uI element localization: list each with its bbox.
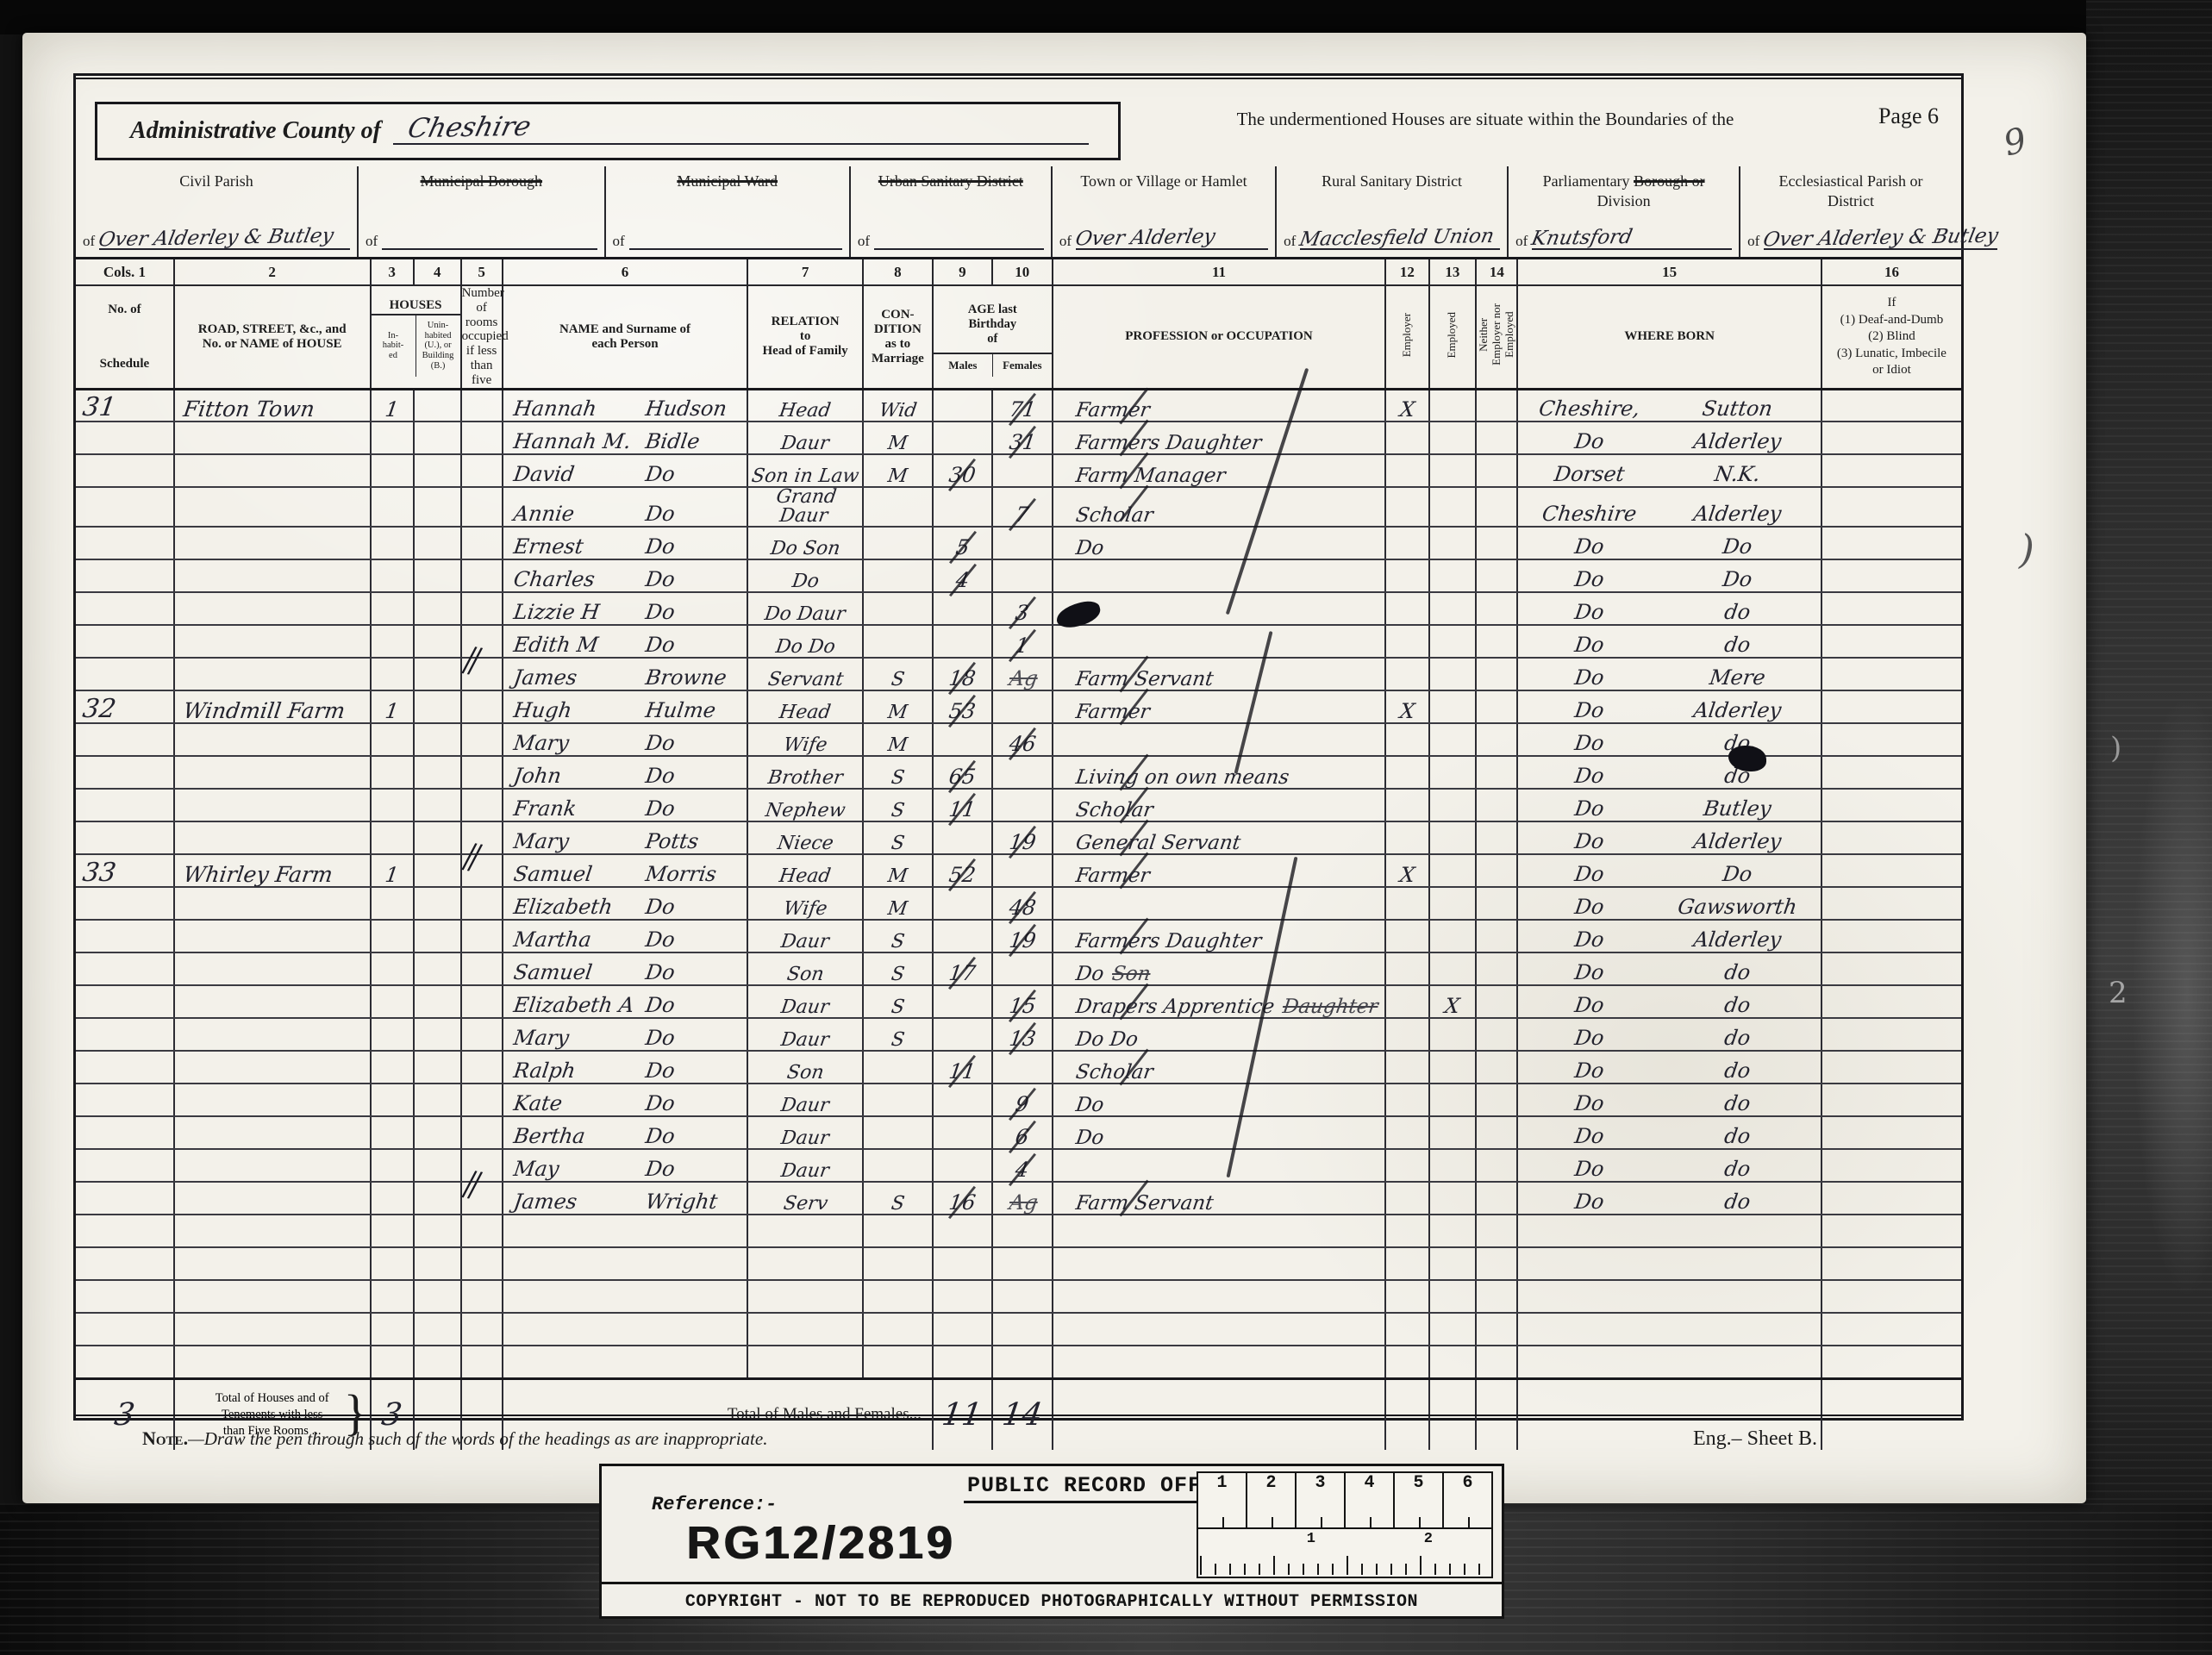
cell-uninhabited [414,625,461,658]
cell-schedule: 31 [76,389,174,422]
cell-schedule [76,756,174,789]
cell-rooms [461,1018,503,1051]
table-row: Edith MDoDo Do1Dodo [76,625,1961,658]
cell-infirmity [1821,985,1961,1018]
cell-rooms [461,887,503,920]
cell-employed [1429,854,1477,887]
table-row: MayDoDaur4Dodo [76,1149,1961,1182]
cell-condition [863,1084,933,1116]
cell-where-born: DoAlderley [1517,690,1821,723]
cell-schedule: 32 [76,690,174,723]
cell-age-male [933,389,992,422]
cell-employed [1429,487,1477,527]
cell-age-male [933,821,992,854]
cell-name: MayDo [503,1149,748,1182]
cell-relation: Niece [747,821,863,854]
cell-infirmity [1821,625,1961,658]
district-value: Macclesfield Union [1300,222,1500,250]
cell-infirmity [1821,1313,1961,1346]
cell-relation: Do Daur [747,592,863,625]
cell-rooms [461,389,503,422]
cell-name: JamesBrowne [503,658,748,690]
cell-where-born: Dodo [1517,625,1821,658]
cell-neither [1476,1215,1517,1247]
cell-schedule [76,723,174,756]
cell-infirmity [1821,1018,1961,1051]
table-row: MaryDoDaurS13Do DoDodo [76,1018,1961,1051]
cell-condition [863,1247,933,1280]
cell-employed [1429,821,1477,854]
cell-rooms [461,1247,503,1280]
column-number: 13 [1429,259,1477,285]
cell-age-female: 9 [992,1084,1053,1116]
cell-neither [1476,952,1517,985]
cell-inhabited [371,487,414,527]
cell-age-male [933,625,992,658]
cell-employer [1385,1149,1428,1182]
district-label: Municipal Ward [611,172,844,191]
cell-where-born [1517,1313,1821,1346]
table-row: ElizabethDoWifeM48DoGawsworth [76,887,1961,920]
cell-inhabited: 1 [371,854,414,887]
cell-infirmity [1821,658,1961,690]
cell-inhabited [371,821,414,854]
district-fill-in: ofOver Alderley & Butley [81,222,352,253]
cell-employer [1385,1280,1428,1313]
cell-neither [1476,422,1517,454]
cell-uninhabited [414,690,461,723]
cell-age-female: 71 [992,389,1053,422]
cell-where-born: Dodo [1517,723,1821,756]
cell-relation: Son in Law [747,454,863,487]
cell-condition: M [863,887,933,920]
admin-county-label: Administrative County of [130,117,381,145]
cell-inhabited [371,723,414,756]
cell-uninhabited [414,1247,461,1280]
cell-neither [1476,789,1517,821]
cell-employed [1429,1084,1477,1116]
cell-schedule [76,625,174,658]
cell-address [174,1116,371,1149]
cell-employed [1429,1280,1477,1313]
district-field-parliamentary-division: Parliamentary Borough or DivisionofKnuts… [1509,166,1740,257]
cell-rooms: ⫽ [461,854,503,887]
cell-employer: X [1385,690,1428,723]
cell-rooms [461,1116,503,1149]
cell-address [174,1280,371,1313]
col-header-females: Females [993,354,1052,377]
cell-where-born: Dodo [1517,1051,1821,1084]
ruler-inch-mark: 5 [1395,1473,1444,1527]
admin-county-box: Administrative County of Cheshire [95,102,1121,160]
cell-uninhabited [414,487,461,527]
cell-infirmity [1821,422,1961,454]
cell-neither [1476,1313,1517,1346]
col-header-age: AGE last Birthday of Males Females [933,285,1053,389]
table-row: 32Windmill Farm1HughHulmeHeadM53FarmerXD… [76,690,1961,723]
cell-age-female [992,1247,1053,1280]
sheet-label: Eng.– Sheet B. [1693,1427,1817,1451]
cell-address [174,920,371,952]
cell-infirmity [1821,690,1961,723]
cell-condition [863,1346,933,1378]
column-number: 8 [863,259,933,285]
district-header-band: Civil ParishofOver Alderley & ButleyMuni… [76,166,1961,259]
cell-employed [1429,887,1477,920]
cell-name: MarthaDo [503,920,748,952]
cell-name: CharlesDo [503,559,748,592]
cell-schedule [76,527,174,559]
cell-condition: S [863,789,933,821]
cell-neither [1476,690,1517,723]
cell-rooms: ⫽ [461,1182,503,1215]
cell-uninhabited [414,1116,461,1149]
cell-address [174,1018,371,1051]
cell-condition [863,1215,933,1247]
cell-name [503,1215,748,1247]
cell-employer: X [1385,854,1428,887]
cell-employed [1429,920,1477,952]
table-row: CharlesDoDo4DoDo [76,559,1961,592]
cell-relation: Daur [747,1084,863,1116]
admin-county-field: Cheshire [393,112,1089,145]
cell-employer [1385,920,1428,952]
cell-infirmity [1821,559,1961,592]
cell-relation: Serv [747,1182,863,1215]
cell-age-female [992,789,1053,821]
cell-schedule [76,422,174,454]
cell-employed [1429,625,1477,658]
cell-where-born [1517,1247,1821,1280]
cell-condition: Wid [863,389,933,422]
table-row: JohnDoBrotherS65Living on own meansDodo [76,756,1961,789]
cell-schedule [76,1051,174,1084]
form-header-band: Administrative County of Cheshire The un… [76,76,1961,166]
cell-infirmity [1821,1182,1961,1215]
pencil-mark: 9 [2000,121,2031,165]
cell-age-male: 4 [933,559,992,592]
table-row: KateDoDaur9DoDodo [76,1084,1961,1116]
census-form: Administrative County of Cheshire The un… [73,73,1964,1421]
cell-age-male [933,985,992,1018]
district-value: Over Alderley [1076,222,1268,250]
cell-rooms [461,952,503,985]
of-prefix: of [1284,233,1296,250]
column-number: Cols. 1 [76,259,174,285]
cell-age-female [992,756,1053,789]
cell-where-born [1517,1215,1821,1247]
cell-name: HannahHudson [503,389,748,422]
cell-age-male [933,592,992,625]
cell-employed [1429,1215,1477,1247]
cell-where-born: Dodo [1517,756,1821,789]
cell-where-born: DoMere [1517,658,1821,690]
cell-relation [747,1280,863,1313]
table-row: MaryPottsNieceS19General ServantDoAlderl… [76,821,1961,854]
cell-where-born [1517,1280,1821,1313]
table-row: SamuelDoSonS17DoSonDodo [76,952,1961,985]
cell-occupation: Do Do [1053,1018,1385,1051]
cell-infirmity [1821,487,1961,527]
cell-occupation: Living on own means [1053,756,1385,789]
cell-employer [1385,887,1428,920]
cell-occupation [1053,1149,1385,1182]
cell-inhabited [371,454,414,487]
cell-schedule [76,821,174,854]
cell-uninhabited [414,1313,461,1346]
district-field-urban-sanitary-district: Urban Sanitary Districtof [851,166,1053,257]
cell-age-female: 7 [992,487,1053,527]
cell-relation: Daur [747,1116,863,1149]
cell-infirmity [1821,854,1961,887]
cell-employer [1385,1215,1428,1247]
cell-relation: Grand Daur [747,487,863,527]
cell-inhabited [371,1313,414,1346]
cell-uninhabited [414,1051,461,1084]
cell-age-female [992,690,1053,723]
cell-where-born: DoDo [1517,854,1821,887]
cell-uninhabited [414,527,461,559]
cell-age-female: Ag [992,658,1053,690]
cell-uninhabited [414,789,461,821]
ruler-inch-mark: 6 [1444,1473,1491,1527]
cell-neither [1476,854,1517,887]
cell-employer [1385,1084,1428,1116]
of-prefix: of [613,233,625,250]
cell-employer: X [1385,389,1428,422]
cell-neither [1476,625,1517,658]
district-value: Over Alderley & Butley [1764,222,1997,250]
cell-schedule [76,1313,174,1346]
cell-where-born: DoAlderley [1517,422,1821,454]
cell-name: JohnDo [503,756,748,789]
cell-age-female [992,1280,1053,1313]
cell-schedule [76,887,174,920]
col-header-where-born: WHERE BORN [1517,285,1821,389]
cell-uninhabited [414,389,461,422]
district-label: Urban Sanitary District [856,172,1046,191]
measurement-ruler: 123456 1 2 [1197,1471,1493,1578]
cell-uninhabited [414,422,461,454]
cell-rooms [461,920,503,952]
cell-employer [1385,1116,1428,1149]
cell-neither [1476,985,1517,1018]
col-header-name: NAME and Surname of each Person [503,285,748,389]
ruler-inch-mark: 4 [1346,1473,1395,1527]
cell-rooms [461,1084,503,1116]
cell-employed [1429,789,1477,821]
cell-name: SamuelMorris [503,854,748,887]
cell-name [503,1313,748,1346]
cell-employed [1429,1346,1477,1378]
cell-age-male: 16 [933,1182,992,1215]
cell-relation: Daur [747,985,863,1018]
cell-uninhabited [414,952,461,985]
cell-address [174,559,371,592]
cell-condition [863,1116,933,1149]
cell-neither [1476,1247,1517,1280]
cell-age-female: 31 [992,422,1053,454]
cell-rooms [461,985,503,1018]
cell-age-male [933,887,992,920]
col-header-employed: Employed [1429,285,1477,389]
cell-where-born: DoAlderley [1517,920,1821,952]
cell-infirmity [1821,1051,1961,1084]
cell-age-female [992,454,1053,487]
district-value: Knutsford [1532,222,1732,250]
cell-infirmity [1821,389,1961,422]
page-number: Page 6 [1878,103,1939,129]
cell-condition: S [863,920,933,952]
cell-infirmity [1821,1149,1961,1182]
cell-address [174,1313,371,1346]
cell-rooms [461,756,503,789]
cell-relation: Head [747,854,863,887]
cell-rooms [461,1280,503,1313]
cell-rooms [461,559,503,592]
district-value [874,222,1044,250]
cell-schedule [76,952,174,985]
cell-condition: M [863,723,933,756]
table-row [76,1346,1961,1378]
column-number: 7 [747,259,863,285]
cell-uninhabited [414,592,461,625]
col-header-schedule: No. of Schedule [76,285,174,389]
cell-uninhabited [414,1149,461,1182]
cell-neither [1476,723,1517,756]
district-field-rural-sanitary-district: Rural Sanitary DistrictofMacclesfield Un… [1277,166,1509,257]
cell-occupation: Farmer [1053,854,1385,887]
cell-condition [863,592,933,625]
cell-relation: Son [747,1051,863,1084]
cell-schedule [76,1084,174,1116]
pro-reference-stamp: PUBLIC RECORD OFFICE Reference:- RG12/28… [599,1464,1504,1619]
cell-employed [1429,1149,1477,1182]
cell-occupation [1053,1346,1385,1378]
cell-address [174,1084,371,1116]
cell-name [503,1346,748,1378]
cell-infirmity [1821,1280,1961,1313]
cell-age-male [933,1313,992,1346]
cell-infirmity [1821,1215,1961,1247]
cell-address [174,1247,371,1280]
cell-uninhabited [414,454,461,487]
cell-uninhabited [414,1215,461,1247]
cell-schedule [76,1280,174,1313]
district-field-municipal-ward: Municipal Wardof [606,166,851,257]
column-number: 5 [461,259,503,285]
cell-age-female [992,1313,1053,1346]
cell-employer [1385,592,1428,625]
cell-age-female [992,854,1053,887]
cell-condition: S [863,1182,933,1215]
cell-address [174,625,371,658]
table-row [76,1215,1961,1247]
cell-address [174,422,371,454]
cell-schedule [76,1149,174,1182]
cell-condition [863,487,933,527]
ruler-cm-scale: 1 2 [1198,1529,1491,1577]
cell-schedule [76,1215,174,1247]
cell-where-born: DoAlderley [1517,821,1821,854]
cell-uninhabited [414,1346,461,1378]
district-field-town-village-hamlet: Town or Village or HamletofOver Alderley [1053,166,1277,257]
cell-occupation: Do [1053,1084,1385,1116]
cell-uninhabited [414,887,461,920]
cell-name: SamuelDo [503,952,748,985]
cell-where-born: DoButley [1517,789,1821,821]
cell-neither [1476,1346,1517,1378]
cell-age-male [933,1247,992,1280]
cell-where-born: Dodo [1517,1149,1821,1182]
cell-inhabited [371,527,414,559]
column-labels-row: No. of Schedule ROAD, STREET, &c., and N… [76,285,1961,389]
cell-age-female [992,1051,1053,1084]
cell-relation [747,1247,863,1280]
cell-address [174,1182,371,1215]
cell-employed [1429,723,1477,756]
cell-occupation: Drapers ApprenticeDaughter [1053,985,1385,1018]
cell-where-born: Dodo [1517,1084,1821,1116]
of-prefix: of [1515,233,1528,250]
cell-age-female: Ag [992,1182,1053,1215]
cell-age-male [933,487,992,527]
cell-employer [1385,985,1428,1018]
cell-neither [1476,756,1517,789]
cell-neither [1476,1084,1517,1116]
column-number: 4 [414,259,461,285]
column-number: 6 [503,259,748,285]
cell-uninhabited [414,821,461,854]
cell-address [174,952,371,985]
cell-condition [863,1051,933,1084]
district-value [382,222,597,250]
cell-age-male [933,920,992,952]
cell-employer [1385,723,1428,756]
cell-age-male: 52 [933,854,992,887]
col-header-infirmity: If (1) Deaf-and-Dumb (2) Blind (3) Lunat… [1821,285,1961,389]
ruler-inch-mark: 3 [1297,1473,1346,1527]
cell-age-female [992,527,1053,559]
cell-inhabited [371,592,414,625]
cell-name: MaryPotts [503,821,748,854]
cell-employed [1429,690,1477,723]
cell-schedule: 33 [76,854,174,887]
cell-where-born: Dodo [1517,1018,1821,1051]
table-row: DavidDoSon in LawM30Farm ManagerDorsetN.… [76,454,1961,487]
cell-age-female: 1 [992,625,1053,658]
cell-employed: X [1429,985,1477,1018]
cell-inhabited [371,1051,414,1084]
district-value [629,222,842,250]
cell-employed [1429,422,1477,454]
cell-employed [1429,1018,1477,1051]
cell-rooms [461,487,503,527]
district-field-municipal-borough: Municipal Boroughof [359,166,605,257]
cell-inhabited: 1 [371,690,414,723]
table-row: ⫽JamesBrowneServantS18AgFarm ServantDoMe… [76,658,1961,690]
cell-neither [1476,1149,1517,1182]
pencil-mark: ) [2110,731,2121,765]
cell-employed [1429,389,1477,422]
cell-inhabited [371,1280,414,1313]
cell-uninhabited [414,854,461,887]
cell-age-male [933,1149,992,1182]
cell-condition [863,527,933,559]
admin-county-value: Cheshire [404,111,534,144]
cell-rooms: ⫽ [461,658,503,690]
cell-age-male [933,1215,992,1247]
